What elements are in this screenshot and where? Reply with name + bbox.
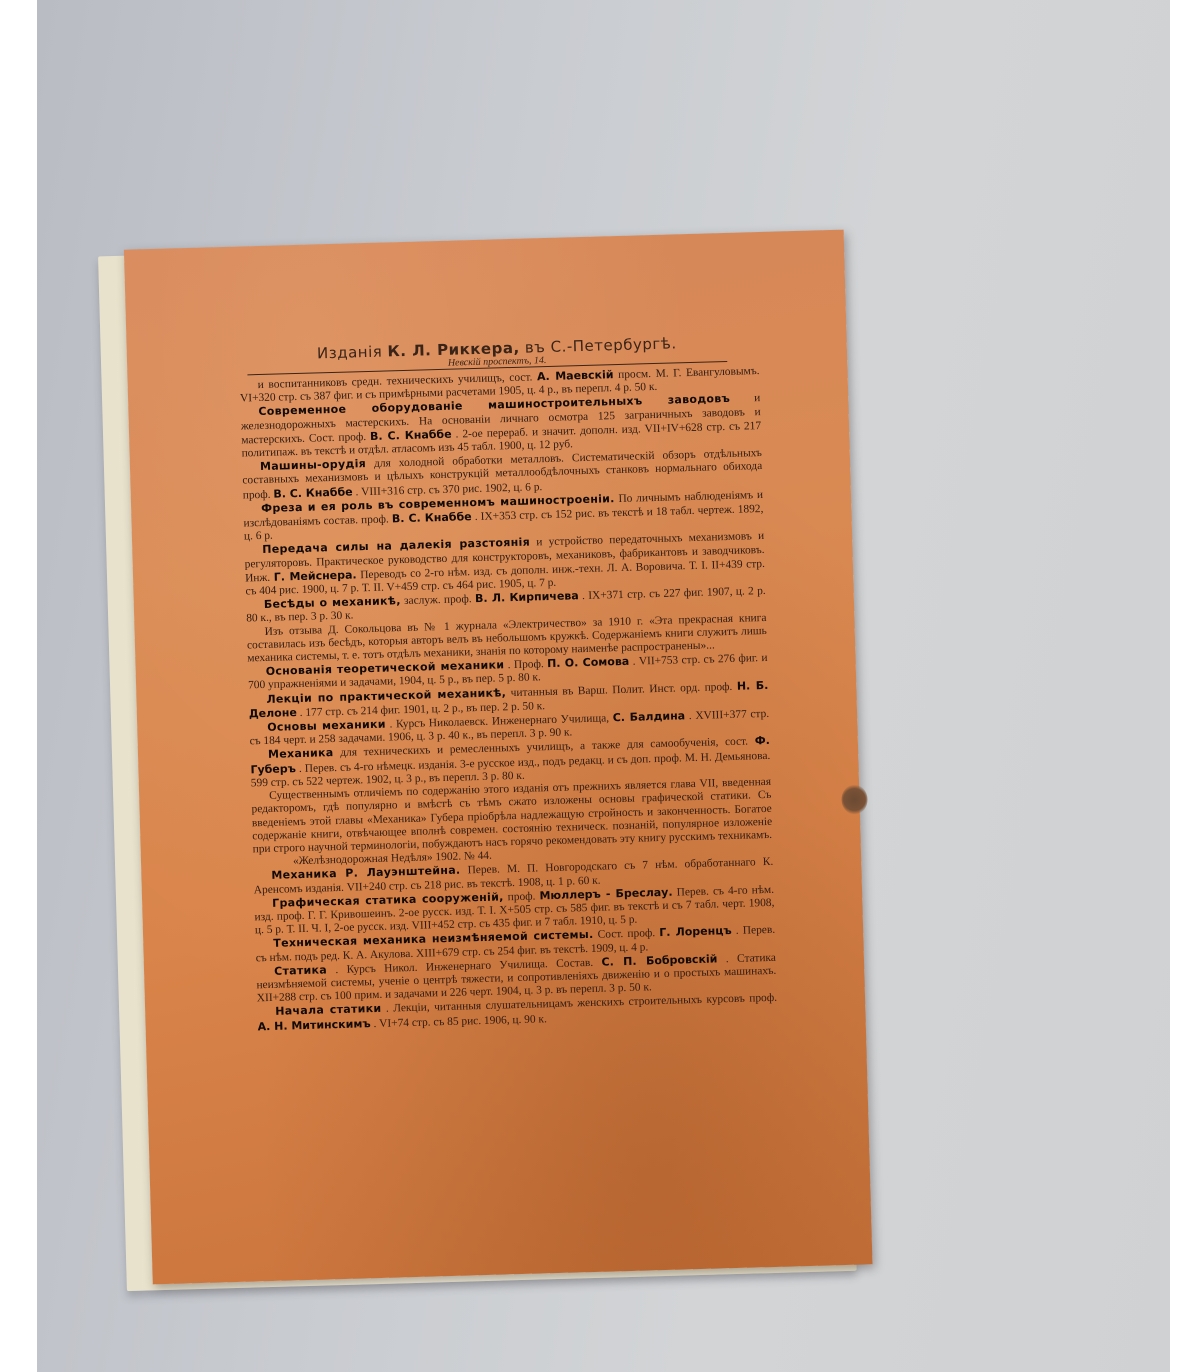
- book-author: С. Балдина: [613, 709, 686, 724]
- book-author: Г. Мейснера.: [274, 568, 357, 583]
- back-cover: Изданія К. Л. Риккера, въ С.-Петербургѣ.…: [124, 230, 873, 1285]
- book-author: В. С. Кнаббе: [273, 485, 353, 500]
- entry-text: Сост. проф.: [598, 928, 656, 942]
- book-author: А. Н. Митинскимъ: [257, 1017, 370, 1033]
- book-title: Машины-орудія: [260, 457, 366, 473]
- book-author: П. О. Сомова: [547, 655, 630, 670]
- book-author: А. Маевскій: [537, 368, 614, 383]
- book-title: Механика: [268, 747, 334, 762]
- book-author: В. С. Кнаббе: [392, 510, 472, 525]
- book-title: Статика: [274, 963, 327, 977]
- entry-text: проф.: [508, 890, 536, 903]
- book-title: Бесѣды о механикѣ,: [264, 594, 401, 611]
- book-author: Г. Лоренцъ: [659, 924, 732, 939]
- book-author: В. Л. Кирпичева: [475, 589, 579, 605]
- entry-text: . Проф.: [508, 658, 544, 671]
- book: Изданія К. Л. Риккера, въ С.-Петербургѣ.…: [83, 140, 876, 1361]
- entry-text: заслуж. проф.: [404, 593, 472, 607]
- book-author: В. С. Кнаббе: [370, 427, 452, 442]
- book-title: Начала статики: [275, 1002, 382, 1018]
- entry-details: . VI+74 стр. съ 85 рис. 1906, ц. 90 к.: [373, 1013, 547, 1030]
- catalog-listing: и воспитанниковъ средн. техническихъ учи…: [240, 364, 778, 1034]
